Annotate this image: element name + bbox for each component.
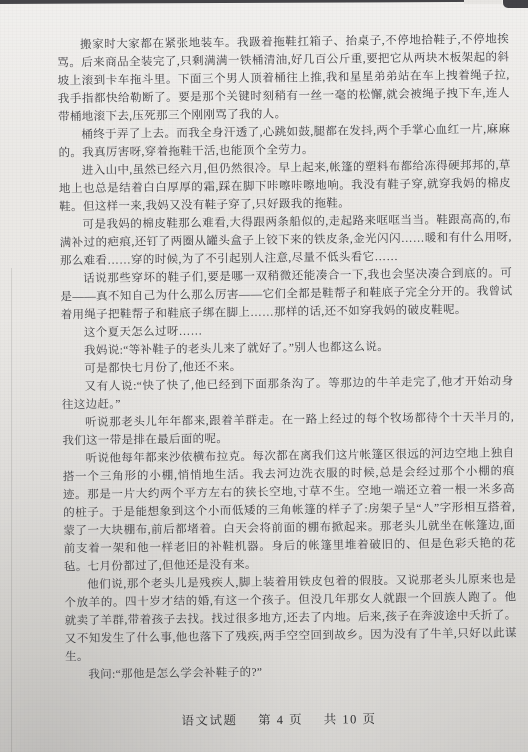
scan-left-fold-line <box>11 268 12 752</box>
paragraph-05: 话说那些穿坏的鞋子们,要是哪一双稍微还能凑合一下,我也会坚决凑合到底的。可是——… <box>60 264 513 324</box>
footer-page-total: 共 10 页 <box>324 712 377 727</box>
paragraph-02: 桶终于弄了上去。而我全身汗透了,心跳如鼓,腿都在发抖,两个手掌心血红一片,麻麻的… <box>58 120 510 162</box>
paragraph-09: 又有人说:“快了快了,他已经到下面那条沟了。等那边的牛羊走完了,他才开始动身往这… <box>61 372 513 414</box>
scan-top-edge-artifact <box>0 0 502 4</box>
scan-top-edge-gap <box>464 0 502 4</box>
passage-text-block: 搬家时大家都在紧张地装车。我趿着拖鞋扛箱子、抬桌子,不停地拾鞋子,不停地挨骂。后… <box>57 30 517 684</box>
paragraph-01: 搬家时大家都在紧张地装车。我趿着拖鞋扛箱子、抬桌子,不停地拾鞋子,不停地挨骂。后… <box>57 30 510 126</box>
footer-page-number: 第 4 页 <box>258 713 303 727</box>
footer-doc-title: 语文试题 <box>181 713 237 728</box>
paragraph-12: 他们说,那个老头儿是残疾人,脚上装着用铁皮包着的假肢。又说那老头儿原来也是个放羊… <box>64 570 517 666</box>
scanned-exam-page: 搬家时大家都在紧张地装车。我趿着拖鞋扛箱子、抬桌子,不停地拾鞋子,不停地挨骂。后… <box>0 0 528 752</box>
scan-top-right-corner-artifact <box>503 0 528 8</box>
page-footer: 语文试题 第 4 页 共 10 页 <box>30 708 528 731</box>
paragraph-10: 听说那老头儿年年都来,跟着羊群走。在一路上经过的每个牧场都待个十天半月的,我们这… <box>62 408 514 450</box>
paragraph-11: 听说他每年都来沙依横布拉克。每次都在离我们这片帐篷区很远的河边空地上独自搭一个三… <box>62 444 516 576</box>
paragraph-04: 可是我妈的棉皮鞋那么难看,大得跟两条船似的,走起路来哐哐当当。鞋跟高高的,布满补… <box>59 210 512 270</box>
paragraph-03: 进入山中,虽然已经六月,但仍然很冷。早上起来,帐篷的塑料布都给冻得硬邦邦的,草地… <box>59 156 512 216</box>
